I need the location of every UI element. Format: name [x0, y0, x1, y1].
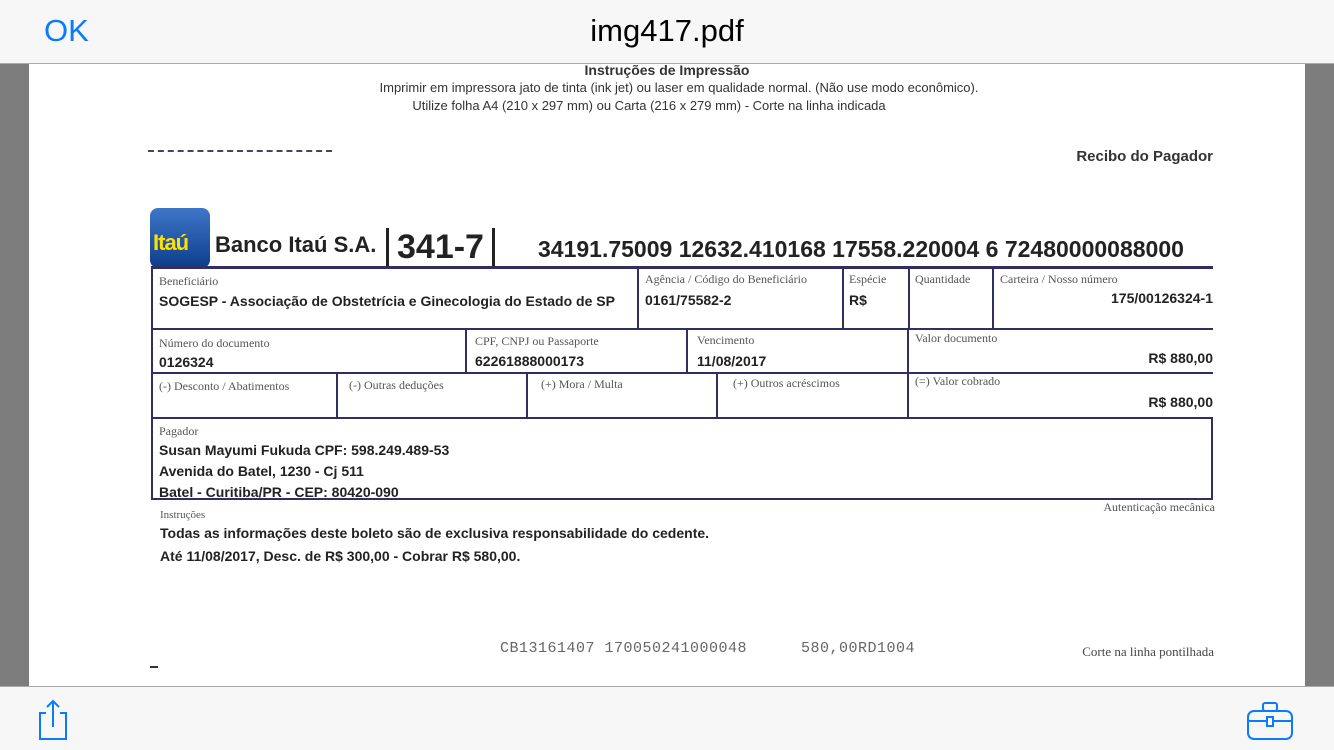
instructions-line2: Até 11/08/2017, Desc. de R$ 300,00 - Cob… — [160, 548, 520, 564]
agencia-label: Agência / Código do Beneficiário — [645, 272, 807, 287]
document-title: img417.pdf — [0, 13, 1334, 49]
divider — [842, 266, 844, 329]
divider — [992, 266, 994, 329]
divider — [151, 372, 1213, 374]
itau-logo-icon: Itaú — [150, 208, 210, 268]
beneficiario-label: Beneficiário — [159, 274, 218, 289]
nav-bar: OK img417.pdf — [0, 0, 1334, 64]
valor-documento-label: Valor documento — [915, 331, 997, 346]
divider — [637, 266, 639, 329]
divider — [526, 372, 528, 418]
valor-documento-value: R$ 880,00 — [1148, 350, 1213, 366]
vencimento-value: 11/08/2017 — [697, 353, 766, 369]
cpf-cnpj-label: CPF, CNPJ ou Passaporte — [475, 334, 599, 349]
boleto-document: Instruções de Impressão Imprimir em impr… — [29, 64, 1305, 686]
outras-deducoes-label: (-) Outras deduções — [349, 378, 444, 393]
divider — [716, 372, 718, 418]
divider — [907, 328, 909, 418]
vencimento-label: Vencimento — [697, 333, 754, 348]
cut-mark — [150, 666, 158, 668]
toolbox-icon — [1244, 701, 1296, 741]
print-instructions-line2: Utilize folha A4 (210 x 297 mm) ou Carta… — [329, 98, 969, 113]
digitable-line: 34191.75009 12632.410168 17558.220004 6 … — [538, 236, 1184, 263]
bottom-toolbar — [0, 686, 1334, 750]
divider — [151, 266, 153, 500]
logo-text: Itaú — [153, 230, 188, 256]
divider — [1211, 417, 1213, 500]
mechanical-amount: 580,00RD1004 — [801, 640, 915, 657]
divider — [465, 328, 467, 373]
carteira-value: 175/00126324-1 — [1111, 290, 1213, 306]
agencia-value: 0161/75582-2 — [645, 292, 731, 308]
numero-documento-label: Número do documento — [159, 336, 270, 351]
pagador-line2: Avenida do Batel, 1230 - Cj 511 — [159, 463, 364, 479]
numero-documento-value: 0126324 — [159, 354, 214, 370]
divider — [336, 372, 338, 418]
especie-value: R$ — [849, 292, 867, 308]
pagador-label: Pagador — [159, 424, 198, 439]
pdf-page[interactable]: Instruções de Impressão Imprimir em impr… — [29, 64, 1305, 686]
receipt-label: Recibo do Pagador — [1076, 148, 1213, 165]
quantidade-label: Quantidade — [915, 272, 970, 287]
desconto-label: (-) Desconto / Abatimentos — [159, 379, 289, 394]
divider — [151, 417, 1213, 419]
valor-cobrado-label: (=) Valor cobrado — [915, 374, 1000, 389]
divider — [151, 266, 1213, 269]
pagador-line3: Batel - Curitiba/PR - CEP: 80420-090 — [159, 484, 399, 500]
valor-cobrado-value: R$ 880,00 — [1148, 394, 1213, 410]
instructions-line1: Todas as informações deste boleto são de… — [160, 525, 709, 541]
cut-line — [148, 150, 332, 152]
share-button[interactable] — [36, 699, 72, 741]
especie-label: Espécie — [849, 272, 886, 287]
divider — [151, 328, 1213, 330]
pagador-line1: Susan Mayumi Fukuda CPF: 598.249.489-53 — [159, 442, 449, 458]
instructions-label: Instruções — [160, 509, 205, 521]
markup-tools-button[interactable] — [1244, 701, 1296, 741]
divider — [492, 228, 495, 268]
share-icon — [36, 699, 72, 741]
mora-multa-label: (+) Mora / Multa — [541, 377, 623, 392]
cpf-cnpj-value: 62261888000173 — [475, 353, 584, 369]
authentication-label: Autenticação mecânica — [1103, 500, 1215, 515]
beneficiario-value: SOGESP - Associação de Obstetrícia e Gin… — [159, 292, 634, 311]
carteira-label: Carteira / Nosso número — [1000, 272, 1118, 287]
print-instructions-line1: Imprimir em impressora jato de tinta (in… — [329, 80, 1029, 95]
print-instructions-title: Instruções de Impressão — [29, 64, 1305, 78]
divider — [386, 228, 389, 268]
outros-acrescimos-label: (+) Outros acréscimos — [733, 376, 840, 391]
bank-name: Banco Itaú S.A. — [215, 232, 376, 258]
mechanical-code: CB13161407 170050241000048 — [500, 640, 747, 657]
bank-code: 341-7 — [397, 228, 484, 267]
cut-label: Corte na linha pontilhada — [1082, 644, 1214, 660]
divider — [908, 266, 910, 329]
divider — [686, 328, 688, 373]
